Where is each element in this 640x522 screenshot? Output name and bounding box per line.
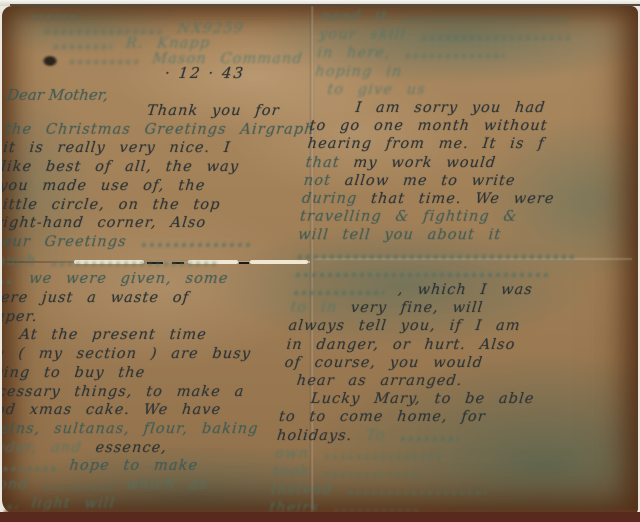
sender-name: R. Knapp	[125, 36, 211, 52]
handwriting-line: we were given, some	[2, 270, 292, 289]
handwriting-line	[28, 7, 308, 22]
handwriting-line: to give us	[326, 81, 632, 99]
handwriting-line: to go one month without	[309, 117, 629, 135]
handwriting-line: we ( my section ) are busy	[2, 345, 284, 364]
handwriting-line: paper.	[2, 308, 288, 327]
handwriting-line: your skill	[318, 26, 638, 44]
right-page-body: need it your skill in here, hoping in to…	[268, 8, 638, 514]
letter-paper: NX9259 R. Knapp Mason Command · 12 · 43 …	[2, 6, 638, 514]
handwriting-line: almond which as	[2, 476, 271, 495]
service-number: NX9259	[177, 21, 245, 37]
handwriting-line: right-hand corner, Also	[2, 214, 298, 233]
handwriting-line: Raisins, sultanas, flour, baking	[2, 420, 277, 439]
handwriting-line: not allow me to write	[303, 172, 623, 190]
handwriting-line: to in very fine, will	[289, 299, 609, 317]
handwriting-line: always tell you, if I am	[288, 317, 608, 335]
handwriting-line: I am sorry you had	[355, 99, 631, 117]
address-block: NX9259 R. Knapp Mason Command	[24, 7, 309, 67]
letter-date: · 12 · 43	[164, 64, 246, 82]
handwriting-line: need it	[320, 8, 638, 26]
handwriting-line: R. Knapp	[51, 37, 305, 52]
handwriting-line: it is really very nice. I	[2, 139, 306, 158]
handwriting-line: , which I was	[291, 281, 611, 299]
handwriting-line: hoping in	[314, 63, 634, 81]
handwriting-line: during that time. We were	[301, 190, 621, 208]
handwriting-line: that my work would	[305, 154, 625, 172]
handwriting-line: like best of all, the way	[2, 158, 304, 177]
handwriting-line: instead	[270, 481, 590, 499]
handwriting-line: hope to make	[2, 457, 273, 476]
handwriting-line: to to come home, for	[278, 408, 598, 426]
handwriting-line: in here,	[316, 44, 636, 62]
handwriting-line	[295, 245, 615, 263]
handwriting-line	[293, 263, 613, 281]
handwriting-line: trying to buy the	[2, 364, 282, 383]
scanner-background-bottom	[0, 512, 640, 522]
handwriting-line: will tell you about it	[297, 226, 617, 244]
handwriting-line: Thank you for	[146, 102, 310, 121]
handwriting-line: hear as arranged.	[296, 372, 602, 390]
scanned-letter: NX9259 R. Knapp Mason Command · 12 · 43 …	[0, 0, 640, 522]
handwriting-line: necessary things, to make a	[2, 383, 281, 402]
handwriting-line: were just a waste of	[2, 289, 290, 308]
handwriting-line: of course, you would	[284, 354, 604, 372]
handwriting-line: At the present time	[18, 326, 286, 345]
handwriting-line: little circle, on the top	[2, 196, 300, 215]
handwriting-line: took	[272, 463, 592, 481]
handwriting-line: in danger, or hurt. Also	[286, 336, 606, 354]
handwriting-line: travelling & fighting &	[299, 208, 619, 226]
handwriting-line: powder, and essence,	[2, 439, 275, 458]
left-page-body: Thank you for the Christmas Greetings Ai…	[2, 102, 310, 513]
handwriting-line: the Christmas Greetings Airgraph	[4, 121, 308, 140]
handwriting-line: own	[274, 445, 594, 463]
handwriting-line: Lucky Mary, to be able	[310, 390, 600, 408]
handwriting-line: good xmas cake. We have	[2, 401, 279, 420]
handwriting-line: holidays. To	[276, 427, 596, 445]
handwriting-line: NX9259	[43, 22, 307, 37]
handwriting-line: much	[2, 252, 294, 271]
handwriting-line: hearing from me. It is f	[307, 135, 627, 153]
handwriting-line: your Greetings	[2, 233, 296, 252]
handwriting-line: you made use of, the	[2, 177, 302, 196]
